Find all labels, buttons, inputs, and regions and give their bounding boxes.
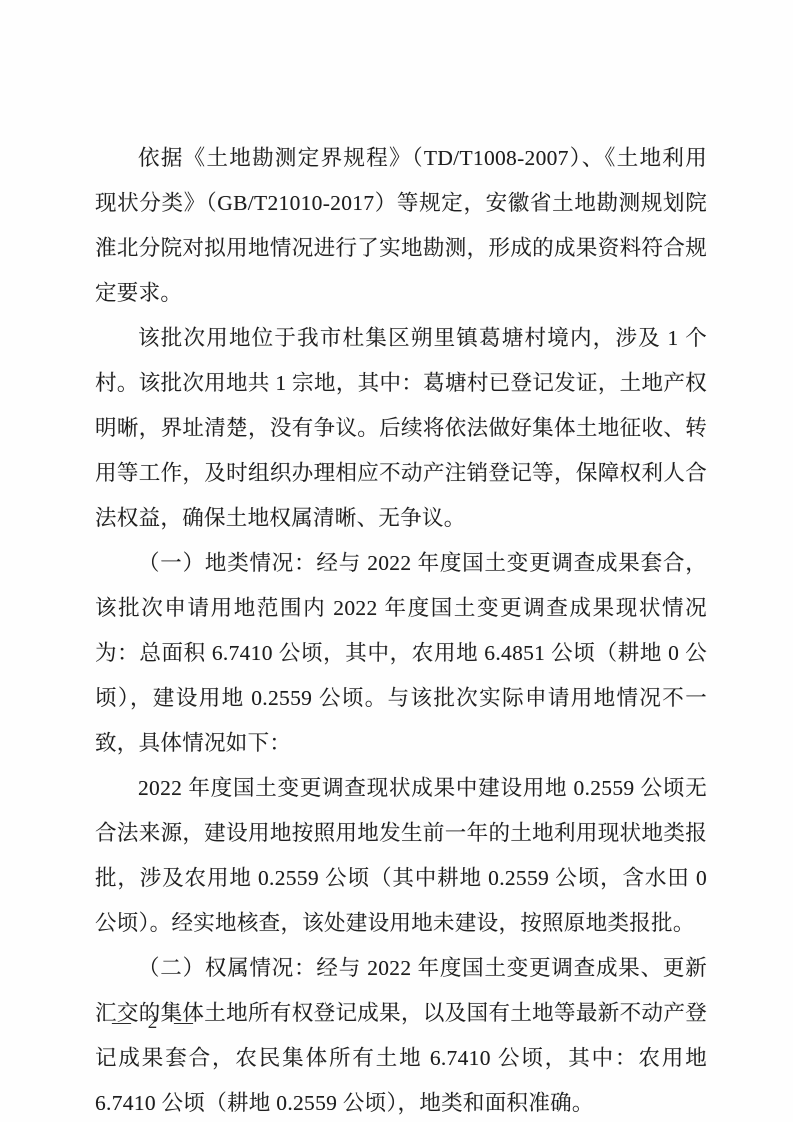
document-page: 依据《土地勘测定界规程》（TD/T1008-2007）、《土地利用现状分类》（G… bbox=[0, 0, 793, 1122]
page-number: — 2 — bbox=[112, 1012, 199, 1034]
document-body: 依据《土地勘测定界规程》（TD/T1008-2007）、《土地利用现状分类》（G… bbox=[95, 136, 707, 1122]
paragraph-location-ownership: 该批次用地位于我市杜集区朔里镇葛塘村境内，涉及 1 个村。该批次用地共 1 宗地… bbox=[95, 316, 707, 541]
paragraph-land-type-status: （一）地类情况：经与 2022 年度国土变更调查成果套合，该批次申请用地范围内 … bbox=[95, 541, 707, 766]
paragraph-tenure-status: （二）权属情况：经与 2022 年度国土变更调查成果、更新汇交的集体土地所有权登… bbox=[95, 946, 707, 1122]
paragraph-2022-survey-detail: 2022 年度国土变更调查现状成果中建设用地 0.2559 公顷无合法来源，建设… bbox=[95, 766, 707, 946]
paragraph-survey-basis: 依据《土地勘测定界规程》（TD/T1008-2007）、《土地利用现状分类》（G… bbox=[95, 136, 707, 316]
